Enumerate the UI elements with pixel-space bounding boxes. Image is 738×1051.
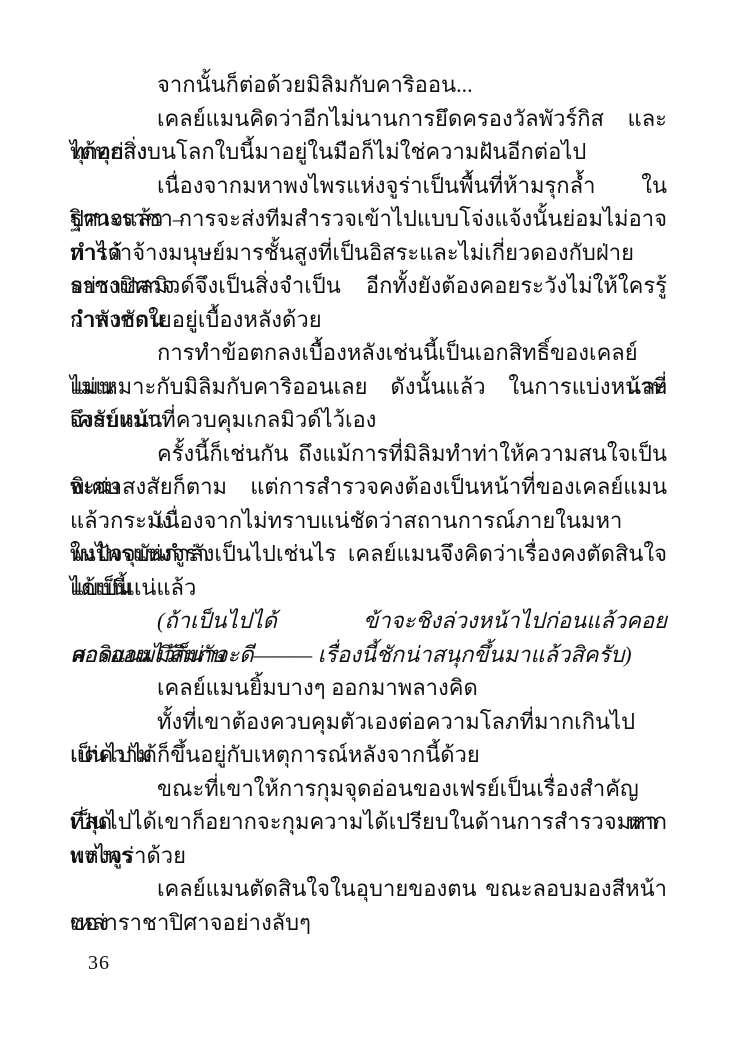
book-page: จากนั้นก็ต่อด้วยมิลิมกับคาริออน...เคลย์แ…	[0, 0, 738, 1051]
text-line: เคลย์แมนคิดว่าอีกไม่นานการยึดครองวัลพัวร…	[70, 102, 667, 136]
text-line: ขณะที่เขาให้การกุมจุดอ่อนของเฟรย์เป็นเรื…	[70, 772, 667, 806]
text-line: การทำข้อตกลงเบื้องหลังเช่นนี้เป็นเอกสิทธ…	[70, 336, 667, 370]
text-line: ในปัจจุบันกำลังเป็นไปเช่นไร เคลย์แมนจึงค…	[70, 537, 667, 571]
text-line: เคลย์แมนตัดสินใจในอุบายของตน ขณะลอบมองสี…	[70, 872, 667, 906]
text-line: อย่างเกลมิวด์จึงเป็นสิ่งจำเป็น อีกทั้งยั…	[70, 269, 667, 303]
text-line: เหล่าราชาปิศาจอย่างลับๆ	[70, 906, 667, 940]
text-line: จะน่าสงสัยก็ตาม แต่การสำรวจคงต้องเป็นหน้…	[70, 470, 667, 504]
text-line: การว่าจ้างมนุษย์มารชั้นสูงที่เป็นอิสระแล…	[70, 236, 667, 270]
text-line: เคลย์แมนยิ้มบางๆ ออกมาพลางคิด	[70, 671, 667, 705]
text-line: จากนั้นก็ต่อด้วยมิลิมกับคาริออน...	[70, 68, 667, 102]
text-line: (ถ้าเป็นไปได้ ข้าจะชิงล่วงหน้าไปก่อนแล้ว…	[70, 604, 667, 638]
text-block: จากนั้นก็ต่อด้วยมิลิมกับคาริออน...เคลย์แ…	[70, 68, 667, 939]
text-line: ทุกอย่างบนโลกใบนี้มาอยู่ในมือก็ไม่ใช่ควา…	[70, 135, 667, 169]
text-line: คาริออนไว้ก็น่าจะดี——— เรื่องนี้ชักน่าสน…	[70, 638, 667, 672]
text-line: เนื่องจากมหาพงไพรแห่งจูร่าเป็นพื้นที่ห้า…	[70, 169, 667, 203]
text-line: เนื่องจากไม่ทราบแน่ชัดว่าสถานการณ์ภายในม…	[70, 504, 667, 538]
text-line: เป็นไปได้เขาก็อยากจะกุมความได้เปรียบในด้…	[70, 805, 667, 839]
text-line: เป็นไปได้ก็ขึ้นอยู่กับเหตุการณ์หลังจากนี…	[70, 738, 667, 772]
text-line: ทั้งที่เขาต้องควบคุมตัวเองต่อความโลภที่ม…	[70, 705, 667, 739]
text-line: ไม่เหมาะกับมิลิมกับคาริออนเลย ดังนั้นแล้…	[70, 370, 667, 404]
text-line: กำลังชักใยอยู่เบื้องหลังด้วย	[70, 303, 667, 337]
text-line: แห่งจูร่าด้วย	[70, 839, 667, 873]
text-line: แบบนี้แน่แล้ว	[70, 571, 667, 605]
text-line: ปิศาจแล้ว การจะส่งทีมสำรวจเข้าไปแบบโจ่งแ…	[70, 202, 667, 236]
page-number: 36	[88, 952, 110, 975]
text-line: จึงรับหน้าที่ควบคุมเกลมิวด์ไว้เอง	[70, 403, 667, 437]
text-line: ครั้งนี้ก็เช่นกัน ถึงแม้การที่มิลิมทำท่า…	[70, 437, 667, 471]
